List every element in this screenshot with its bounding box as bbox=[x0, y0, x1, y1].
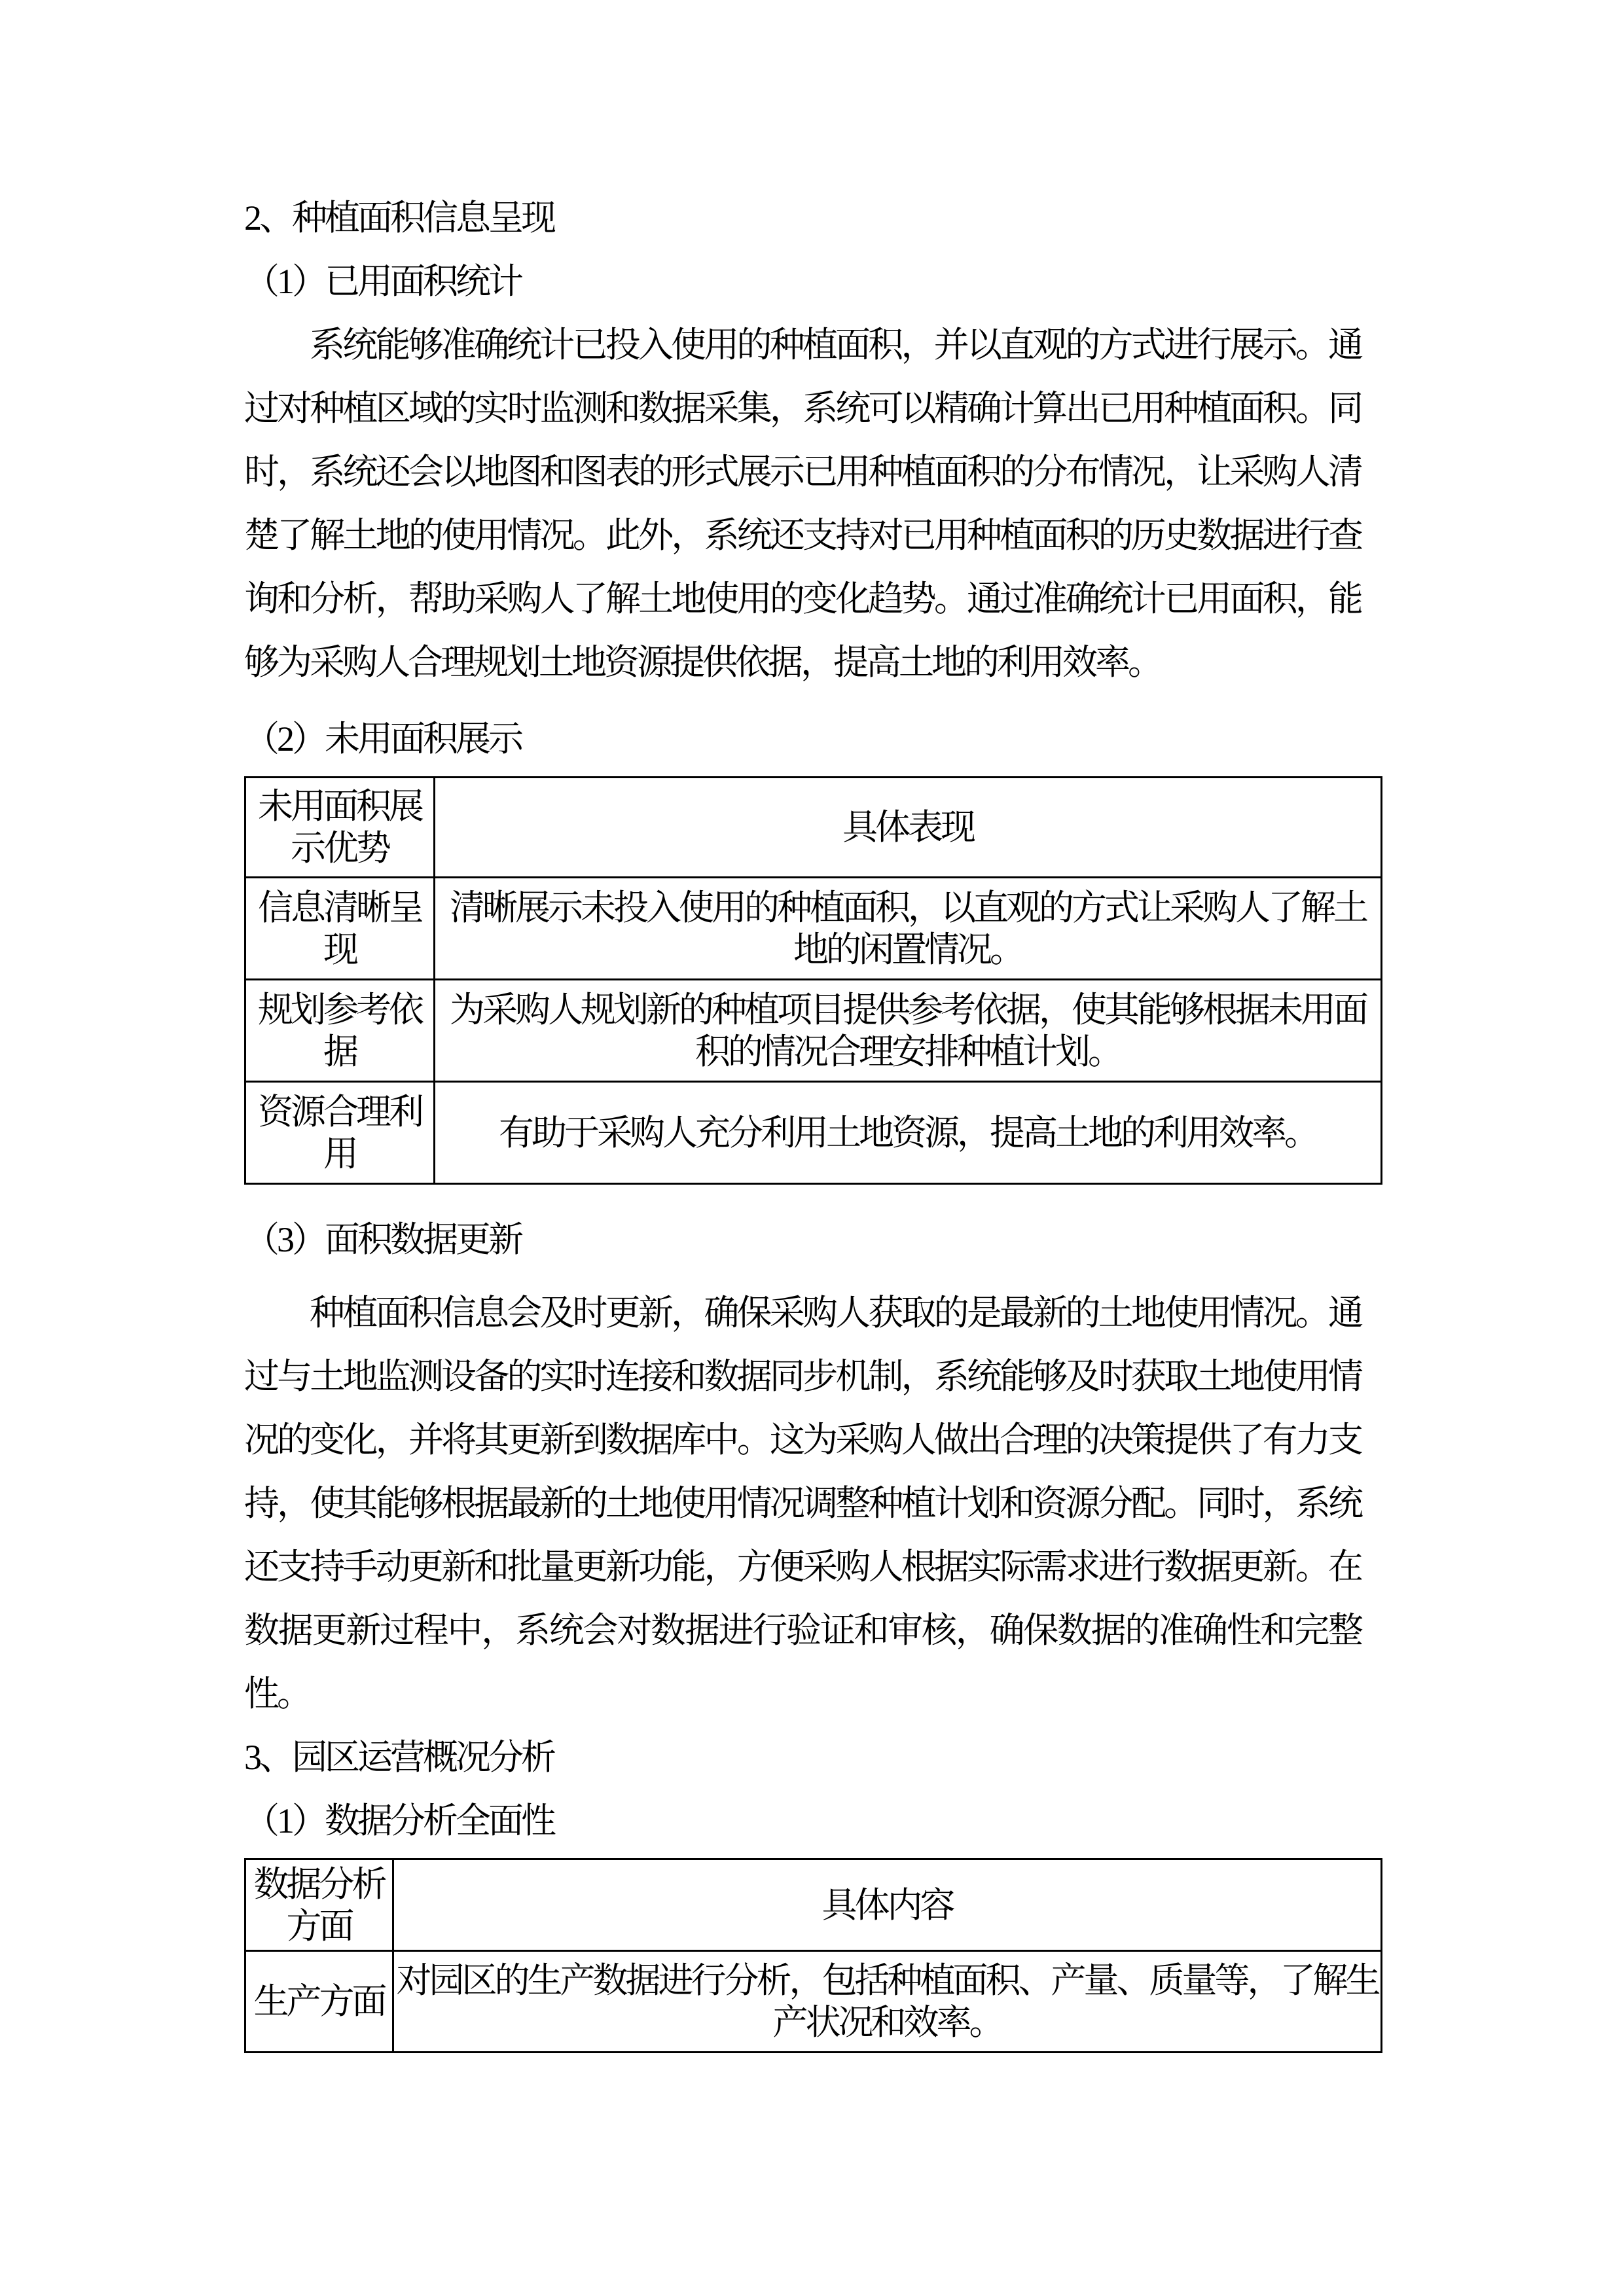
table-header-row: 数据分析方面 具体内容 bbox=[245, 1859, 1382, 1951]
table-header-row: 未用面积展示优势 具体表现 bbox=[245, 778, 1382, 878]
document-page: 2、种植面积信息呈现 （1）已用面积统计 系统能够准确统计已投入使用的种植面积，… bbox=[0, 0, 1624, 2296]
subheading-area-data-update: （3）面积数据更新 bbox=[244, 1208, 1361, 1272]
table-header-aspect: 数据分析方面 bbox=[245, 1859, 393, 1951]
paragraph-used-area-stats: 系统能够准确统计已投入使用的种植面积，并以直观的方式进行展示。通过对种植区域的实… bbox=[244, 314, 1361, 694]
table-header-detail: 具体表现 bbox=[435, 778, 1382, 878]
table-cell-label: 资源合理利用 bbox=[245, 1082, 435, 1184]
document-content: 2、种植面积信息呈现 （1）已用面积统计 系统能够准确统计已投入使用的种植面积，… bbox=[244, 187, 1361, 2053]
table-row: 生产方面 对园区的生产数据进行分析，包括种植面积、产量、质量等，了解生产状况和效… bbox=[245, 1951, 1382, 2053]
table-cell-detail: 对园区的生产数据进行分析，包括种植面积、产量、质量等，了解生产状况和效率。 bbox=[393, 1951, 1382, 2053]
subheading-data-analysis-comprehensiveness: （1）数据分析全面性 bbox=[244, 1789, 1361, 1853]
subheading-used-area-stats: （1）已用面积统计 bbox=[244, 250, 1361, 314]
table-header-advantage: 未用面积展示优势 bbox=[245, 778, 435, 878]
table-row: 信息清晰呈现 清晰展示未投入使用的种植面积，以直观的方式让采购人了解土地的闲置情… bbox=[245, 878, 1382, 980]
table-cell-label: 规划参考依据 bbox=[245, 980, 435, 1082]
subheading-unused-area-display: （2）未用面积展示 bbox=[244, 708, 1361, 771]
unused-area-table: 未用面积展示优势 具体表现 信息清晰呈现 清晰展示未投入使用的种植面积，以直观的… bbox=[244, 776, 1382, 1185]
table-cell-detail: 清晰展示未投入使用的种植面积，以直观的方式让采购人了解土地的闲置情况。 bbox=[435, 878, 1382, 980]
paragraph-area-data-update: 种植面积信息会及时更新，确保采购人获取的是最新的土地使用情况。通过与土地监测设备… bbox=[244, 1282, 1361, 1726]
table-row: 规划参考依据 为采购人规划新的种植项目提供参考依据，使其能够根据未用面积的情况合… bbox=[245, 980, 1382, 1082]
heading-planting-area-info: 2、种植面积信息呈现 bbox=[244, 187, 1361, 250]
heading-park-operation-analysis: 3、园区运营概况分析 bbox=[244, 1726, 1361, 1789]
table-cell-label: 生产方面 bbox=[245, 1951, 393, 2053]
table-cell-detail: 有助于采购人充分利用土地资源，提高土地的利用效率。 bbox=[435, 1082, 1382, 1184]
table-cell-detail: 为采购人规划新的种植项目提供参考依据，使其能够根据未用面积的情况合理安排种植计划… bbox=[435, 980, 1382, 1082]
table-row: 资源合理利用 有助于采购人充分利用土地资源，提高土地的利用效率。 bbox=[245, 1082, 1382, 1184]
table-header-content: 具体内容 bbox=[393, 1859, 1382, 1951]
data-analysis-table: 数据分析方面 具体内容 生产方面 对园区的生产数据进行分析，包括种植面积、产量、… bbox=[244, 1858, 1382, 2053]
table-cell-label: 信息清晰呈现 bbox=[245, 878, 435, 980]
